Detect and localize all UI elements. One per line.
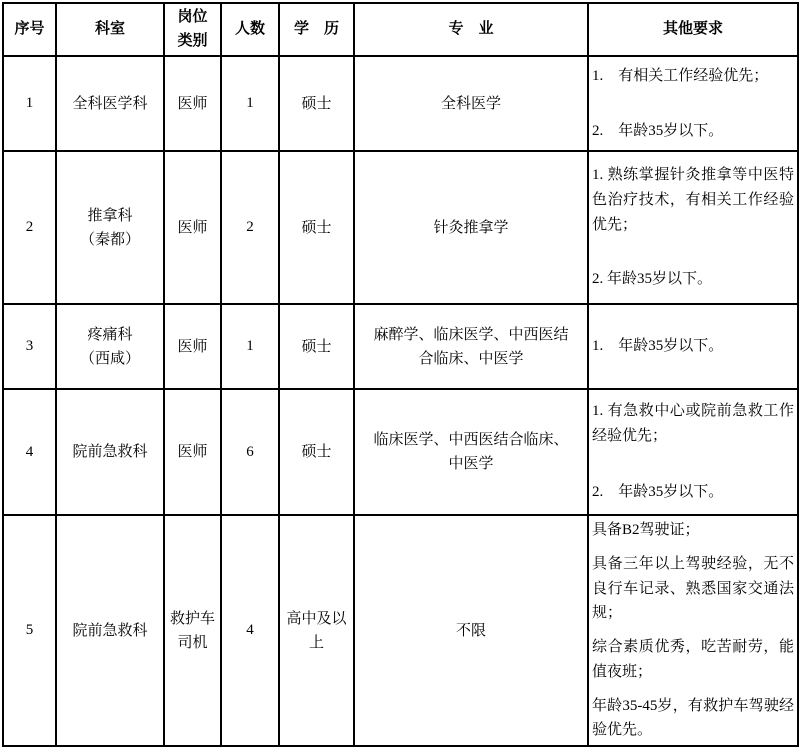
cell-requirements: 1. 年龄35岁以下。 (588, 304, 798, 389)
col-header-category: 岗位 类别 (164, 3, 221, 56)
cell-category: 医师 (164, 304, 221, 389)
cell-education: 硕士 (279, 389, 354, 515)
cell-category: 医师 (164, 151, 221, 304)
requirement-item: 2. 年龄35岁以下。 (592, 119, 794, 144)
table-row: 3 疼痛科 （西咸） 医师 1 硕士 麻醉学、临床医学、中西医结 合临床、中医学… (3, 304, 798, 389)
cell-major: 针灸推拿学 (354, 151, 588, 304)
requirement-item: 2. 年龄35岁以下。 (592, 480, 794, 505)
cell-count: 6 (221, 389, 279, 515)
requirement-item: 1. 有相关工作经验优先； (592, 64, 794, 89)
cell-requirements: 1. 有急救中心或院前急救工作经验优先； 2. 年龄35岁以下。 (588, 389, 798, 515)
requirement-item: 1. 熟练掌握针灸推拿等中医特色治疗技术，有相关工作经验优先； (592, 163, 794, 237)
cell-major: 临床医学、中西医结合临床、 中医学 (354, 389, 588, 515)
table-row: 5 院前急救科 救护车 司机 4 高中及以 上 不限 具备B2驾驶证； 具备三年… (3, 515, 798, 746)
cell-category: 医师 (164, 56, 221, 151)
cell-seq: 2 (3, 151, 56, 304)
requirement-item: 具备三年以上驾驶经验，无不良行车记录、熟悉国家交通法规； (592, 552, 794, 626)
requirement-item: 1. 年龄35岁以下。 (592, 334, 794, 359)
cell-count: 4 (221, 515, 279, 746)
cell-major: 麻醉学、临床医学、中西医结 合临床、中医学 (354, 304, 588, 389)
table-row: 4 院前急救科 医师 6 硕士 临床医学、中西医结合临床、 中医学 1. 有急救… (3, 389, 798, 515)
requirement-item: 2. 年龄35岁以下。 (592, 267, 794, 292)
recruitment-table: 序号 科室 岗位 类别 人数 学 历 专 业 其他要求 1 全科医学科 医师 1… (2, 2, 799, 747)
cell-major: 不限 (354, 515, 588, 746)
cell-education: 硕士 (279, 56, 354, 151)
cell-department: 院前急救科 (56, 389, 164, 515)
col-header-count: 人数 (221, 3, 279, 56)
col-header-education: 学 历 (279, 3, 354, 56)
cell-seq: 3 (3, 304, 56, 389)
cell-category: 医师 (164, 389, 221, 515)
header-row: 序号 科室 岗位 类别 人数 学 历 专 业 其他要求 (3, 3, 798, 56)
cell-department: 推拿科 （秦都） (56, 151, 164, 304)
requirement-item: 综合素质优秀，吃苦耐劳，能值夜班； (592, 635, 794, 685)
cell-department: 疼痛科 （西咸） (56, 304, 164, 389)
document-page: 序号 科室 岗位 类别 人数 学 历 专 业 其他要求 1 全科医学科 医师 1… (0, 0, 800, 734)
requirement-item: 具备B2驾驶证； (592, 518, 794, 543)
cell-seq: 4 (3, 389, 56, 515)
cell-count: 1 (221, 304, 279, 389)
requirement-item: 1. 有急救中心或院前急救工作经验优先； (592, 399, 794, 449)
col-header-major: 专 业 (354, 3, 588, 56)
col-header-department: 科室 (56, 3, 164, 56)
table-row: 2 推拿科 （秦都） 医师 2 硕士 针灸推拿学 1. 熟练掌握针灸推拿等中医特… (3, 151, 798, 304)
cell-requirements: 1. 熟练掌握针灸推拿等中医特色治疗技术，有相关工作经验优先； 2. 年龄35岁… (588, 151, 798, 304)
cell-requirements: 1. 有相关工作经验优先； 2. 年龄35岁以下。 (588, 56, 798, 151)
cell-category: 救护车 司机 (164, 515, 221, 746)
cell-education: 高中及以 上 (279, 515, 354, 746)
requirement-item: 年龄35-45岁，有救护车驾驶经验优先。 (592, 694, 794, 744)
col-header-requirements: 其他要求 (588, 3, 798, 56)
cell-requirements: 具备B2驾驶证； 具备三年以上驾驶经验，无不良行车记录、熟悉国家交通法规； 综合… (588, 515, 798, 746)
col-header-seq: 序号 (3, 3, 56, 56)
table-row: 1 全科医学科 医师 1 硕士 全科医学 1. 有相关工作经验优先； 2. 年龄… (3, 56, 798, 151)
cell-department: 全科医学科 (56, 56, 164, 151)
cell-seq: 1 (3, 56, 56, 151)
cell-major: 全科医学 (354, 56, 588, 151)
cell-education: 硕士 (279, 151, 354, 304)
cell-education: 硕士 (279, 304, 354, 389)
cell-count: 1 (221, 56, 279, 151)
cell-count: 2 (221, 151, 279, 304)
cell-department: 院前急救科 (56, 515, 164, 746)
cell-seq: 5 (3, 515, 56, 746)
